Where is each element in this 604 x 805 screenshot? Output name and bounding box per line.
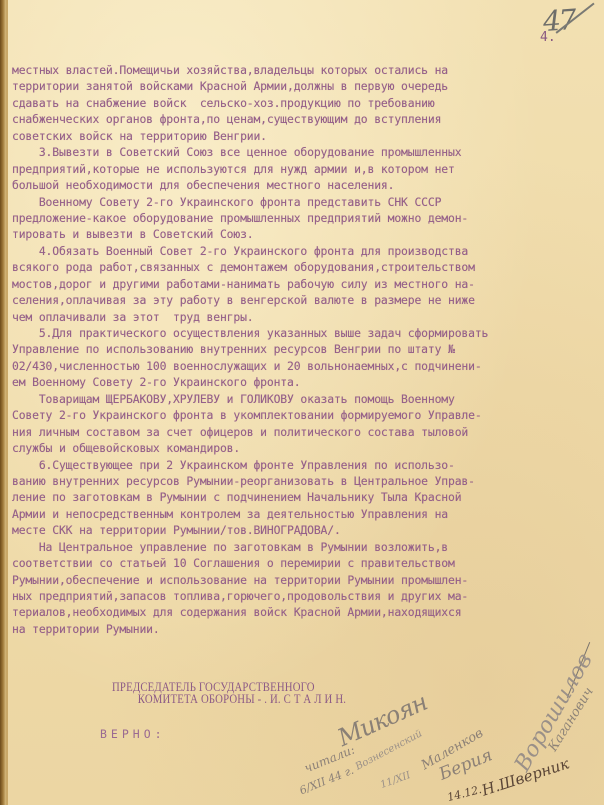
text-line: ния личным составом за счет офицеров и п… [12, 424, 592, 440]
text-line: селения,оплачивая за эту работу в венгер… [12, 292, 592, 308]
text-line: Управление по использованию внутренних р… [12, 341, 592, 357]
paragraph-item-3-council: Военному Совету 2-го Украинского фронта … [12, 194, 592, 243]
page-number: 4. [540, 30, 556, 45]
text-line: тировать и вывезти в Советский Союз. [12, 226, 592, 242]
text-line: териалов,необходимых для содержания войс… [12, 604, 592, 620]
text-line: 3.Вывезти в Советский Союз все ценное об… [12, 144, 592, 160]
text-line: ванию внутренних ресурсов Румынии-реорга… [12, 473, 592, 489]
text-line: местных властей.Помещичьи хозяйства,влад… [12, 62, 592, 78]
paragraph-item-4: 4.Обязать Военный Совет 2-го Украинского… [12, 243, 592, 325]
paragraph-item-6-central: На Центральное управление по заготовкам … [12, 539, 592, 638]
text-line: Армии и непосредственным контролем за де… [12, 506, 592, 522]
certified-label: ВЕРНО: [100, 727, 166, 741]
text-line: советских войск на территорию Венгрии. [12, 128, 592, 144]
text-line: сдавать на снабжение войск сельско-хоз.п… [12, 95, 592, 111]
text-line: месте СКК на территории Румынии/тов.ВИНО… [12, 522, 592, 538]
text-line: 5.Для практического осуществления указан… [12, 325, 592, 341]
text-line: чем оплачивали за этот труд венгры. [12, 309, 592, 325]
text-line: На Центральное управление по заготовкам … [12, 539, 592, 555]
text-line: Румынии,обеспечение и использование на т… [12, 572, 592, 588]
text-line: снабженческих органов фронта,по ценам,су… [12, 111, 592, 127]
text-line: 6.Существующее при 2 Украинском фронте У… [12, 457, 592, 473]
binding-edge-inner [6, 0, 8, 805]
signature-block: ПРЕДСЕДАТЕЛЬ ГОСУДАРСТВЕННОГО КОМИТЕТА О… [112, 681, 346, 705]
text-line: 4.Обязать Военный Совет 2-го Украинского… [12, 243, 592, 259]
text-line: на территории Румынии. [12, 621, 592, 637]
text-line: 02/430,численностью 100 военнослужащих и… [12, 358, 592, 374]
text-line: территории занятой войсками Красной Арми… [12, 78, 592, 94]
text-line: Военному Совету 2-го Украинского фронта … [12, 194, 592, 210]
document-body: местных властей.Помещичьи хозяйства,влад… [12, 62, 592, 637]
text-line: Товарищам ЩЕРБАКОВУ,ХРУЛЕВУ и ГОЛИКОВУ о… [12, 391, 592, 407]
text-line: всякого рода работ,связанных с демонтаже… [12, 259, 592, 275]
text-line: службы и общевойсковых командиров. [12, 440, 592, 456]
paragraph-item-6: 6.Существующее при 2 Украинском фронте У… [12, 457, 592, 539]
text-line: ление по заготовкам в Румынии с подчинен… [12, 489, 592, 505]
text-line: мостов,дорог и другими работами-нанимать… [12, 276, 592, 292]
text-line: предложение-какое оборудование промышлен… [12, 210, 592, 226]
paragraph-continuation: местных властей.Помещичьи хозяйства,влад… [12, 62, 592, 144]
paragraph-item-5: 5.Для практического осуществления указан… [12, 325, 592, 391]
text-line: предприятий,которые не используются для … [12, 161, 592, 177]
text-line: соответствии со статьей 10 Соглашения о … [12, 555, 592, 571]
paragraph-item-3: 3.Вывезти в Советский Союз все ценное об… [12, 144, 592, 193]
signatory-name: КОМИТЕТА ОБОРОНЫ - . И. С Т А Л И Н. [112, 693, 346, 705]
text-line: ем Военному Совету 2-го Украинского фрон… [12, 374, 592, 390]
text-line: Совету 2-го Украинского фронта в укомпле… [12, 407, 592, 423]
paragraph-item-5-comrades: Товарищам ЩЕРБАКОВУ,ХРУЛЕВУ и ГОЛИКОВУ о… [12, 391, 592, 457]
text-line: большой необходимости для обеспечения ме… [12, 177, 592, 193]
text-line: ных предприятий,запасов топлива,горючего… [12, 588, 592, 604]
